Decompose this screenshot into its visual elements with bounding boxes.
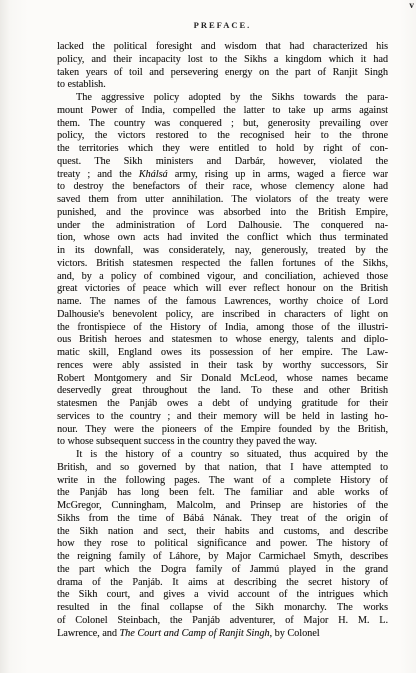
text-line: services to the country ; and their memo… <box>57 411 388 424</box>
italic-text-run: The Court and Camp of Ranjit Singh <box>120 628 270 639</box>
text-run: of Colonel Steinbach, the Panjáb adventu… <box>57 615 388 626</box>
text-run: victors. British statesmen respected the… <box>57 258 388 269</box>
text-line: how they rose to political significance … <box>57 538 388 551</box>
text-line: the Panjáb has long been felt. The famil… <box>57 487 388 500</box>
text-run: to establish. <box>57 79 106 90</box>
running-head: PREFACE. <box>57 20 388 32</box>
text-line: taken years of toil and persevering ener… <box>57 67 388 80</box>
text-run: the reigning family of Láhore, by Major … <box>57 551 388 562</box>
text-line: McGregor, Cunningham, Malcolm, and Prins… <box>57 500 388 513</box>
text-run: punished, and the province was absorbed … <box>57 207 388 218</box>
text-run: Lawrence, and <box>57 628 120 639</box>
text-line: quest. The Sikh ministers and Darbár, ho… <box>57 156 388 169</box>
text-run: to whose subsequent success in the count… <box>57 436 317 447</box>
text-run: rences were ably assisted in their task … <box>57 360 388 371</box>
text-block: lacked the political foresight and wisdo… <box>57 41 388 640</box>
text-run: deservedly great throughout the land. To… <box>57 385 388 396</box>
book-page: PREFACE. v lacked the political foresigh… <box>0 0 416 673</box>
text-line: great victories of peace which will ever… <box>57 283 388 296</box>
text-line: ous British heroes and statesmen to whos… <box>57 334 388 347</box>
text-run: Sikhs from the time of Bábá Nának. They … <box>57 513 388 524</box>
text-run: resulted in the final collapse of the Si… <box>57 602 388 613</box>
text-line: Robert Montgomery and Sir Donald McLeod,… <box>57 373 388 386</box>
text-line: tion, whose own acts had invited the con… <box>57 232 388 245</box>
text-line: Sikhs from the time of Bábá Nának. They … <box>57 513 388 526</box>
text-run: quest. The Sikh ministers and Darbár, ho… <box>57 156 388 167</box>
text-line: the part which the Dogra family of Jammú… <box>57 564 388 577</box>
text-line: drama of the Panjáb. It aims at describi… <box>57 577 388 590</box>
text-run: statesmen the Panjáb owes a debt of undy… <box>57 398 388 409</box>
text-run: how they rose to political significance … <box>57 538 388 549</box>
text-line: Lawrence, and The Court and Camp of Ranj… <box>57 628 388 641</box>
text-run: taken years of toil and persevering ener… <box>57 67 388 78</box>
text-line: matic skill, England owes its possession… <box>57 347 388 360</box>
text-line: saved them from utter annihilation. The … <box>57 194 388 207</box>
text-line: them. The country was conquered ; but, g… <box>57 118 388 131</box>
text-run: ous British heroes and statesmen to whos… <box>57 334 388 345</box>
text-run: in its downfall, was considerately, nay,… <box>57 245 388 256</box>
text-run: services to the country ; and their memo… <box>57 411 388 422</box>
text-run: the territories which they were entitled… <box>57 143 388 154</box>
text-line: treaty ; and the Khálsá army, rising up … <box>57 169 388 182</box>
text-line: mount Power of India, compelled the latt… <box>57 105 388 118</box>
text-line: to establish. <box>57 79 388 92</box>
text-run: great victories of peace which will ever… <box>57 283 388 294</box>
text-line: victors. British statesmen respected the… <box>57 258 388 271</box>
text-line: British, and so governed by that nation,… <box>57 462 388 475</box>
text-run: the Panjáb has long been felt. The famil… <box>57 487 388 498</box>
text-line: write in the following pages. The want o… <box>57 475 388 488</box>
text-line: the reigning family of Láhore, by Major … <box>57 551 388 564</box>
text-run: name. The names of the famous Lawrences,… <box>57 296 388 307</box>
text-run: the Sikh nation and sect, their habits a… <box>57 526 388 537</box>
text-line: rences were ably assisted in their task … <box>57 360 388 373</box>
text-line: statesmen the Panjáb owes a debt of undy… <box>57 398 388 411</box>
text-line: the Sikh nation and sect, their habits a… <box>57 526 388 539</box>
text-run: drama of the Panjáb. It aims at describi… <box>57 577 388 588</box>
text-run: army, rising up in arms, waged a fierce … <box>168 169 388 180</box>
text-line: the Sikh court, and gives a vivid accoun… <box>57 589 388 602</box>
text-line: punished, and the province was absorbed … <box>57 207 388 220</box>
text-line: and, by a policy of combined vigour, and… <box>57 271 388 284</box>
italic-text-run: Khálsá <box>139 169 168 180</box>
text-line: policy, and their incapacity lost to the… <box>57 54 388 67</box>
text-line: policy, the victors restored to the reco… <box>57 130 388 143</box>
text-run: saved them from utter annihilation. The … <box>57 194 388 205</box>
text-line: Dalhousie's benevolent policy, are inscr… <box>57 309 388 322</box>
text-run: matic skill, England owes its possession… <box>57 347 388 358</box>
text-run: the frontispiece of the History of India… <box>57 322 388 333</box>
text-line: lacked the political foresight and wisdo… <box>57 41 388 54</box>
page-title: PREFACE. <box>57 20 388 30</box>
text-run: tion, whose own acts had invited the con… <box>57 232 388 243</box>
text-run: Dalhousie's benevolent policy, are inscr… <box>57 309 388 320</box>
text-run: lacked the political foresight and wisdo… <box>57 41 388 52</box>
text-run: McGregor, Cunningham, Malcolm, and Prins… <box>57 500 388 511</box>
text-line: deservedly great throughout the land. To… <box>57 385 388 398</box>
text-run: the Sikh court, and gives a vivid accoun… <box>57 589 388 600</box>
text-line: The aggressive policy adopted by the Sik… <box>57 92 388 105</box>
text-run: write in the following pages. The want o… <box>57 475 388 486</box>
text-run: nour. They were the pioneers of the Empi… <box>57 424 388 435</box>
text-line: to whose subsequent success in the count… <box>57 436 388 449</box>
text-run: policy, and their incapacity lost to the… <box>57 54 388 65</box>
text-line: It is the history of a country so situat… <box>57 449 388 462</box>
text-line: name. The names of the famous Lawrences,… <box>57 296 388 309</box>
text-run: under the administration of Lord Dalhous… <box>57 220 388 231</box>
text-run: to destroy the benefactors of their race… <box>57 181 388 192</box>
text-line: in its downfall, was considerately, nay,… <box>57 245 388 258</box>
text-line: to destroy the benefactors of their race… <box>57 181 388 194</box>
text-line: under the administration of Lord Dalhous… <box>57 220 388 233</box>
text-run: The aggressive policy adopted by the Sik… <box>76 92 388 103</box>
text-run: mount Power of India, compelled the latt… <box>57 105 388 116</box>
text-run: and, by a policy of combined vigour, and… <box>57 271 388 282</box>
text-line: of Colonel Steinbach, the Panjáb adventu… <box>57 615 388 628</box>
text-run: Robert Montgomery and Sir Donald McLeod,… <box>57 373 388 384</box>
text-run: them. The country was conquered ; but, g… <box>57 118 388 129</box>
text-line: nour. They were the pioneers of the Empi… <box>57 424 388 437</box>
text-line: the frontispiece of the History of India… <box>57 322 388 335</box>
text-run: treaty ; and the <box>57 169 139 180</box>
text-run: It is the history of a country so situat… <box>76 449 388 460</box>
text-run: policy, the victors restored to the reco… <box>57 130 388 141</box>
text-line: the territories which they were entitled… <box>57 143 388 156</box>
text-run: the part which the Dogra family of Jammú… <box>57 564 388 575</box>
text-line: resulted in the final collapse of the Si… <box>57 602 388 615</box>
text-run: British, and so governed by that nation,… <box>57 462 388 473</box>
text-run: , by Colonel <box>270 628 320 639</box>
page-number: v <box>409 1 414 11</box>
